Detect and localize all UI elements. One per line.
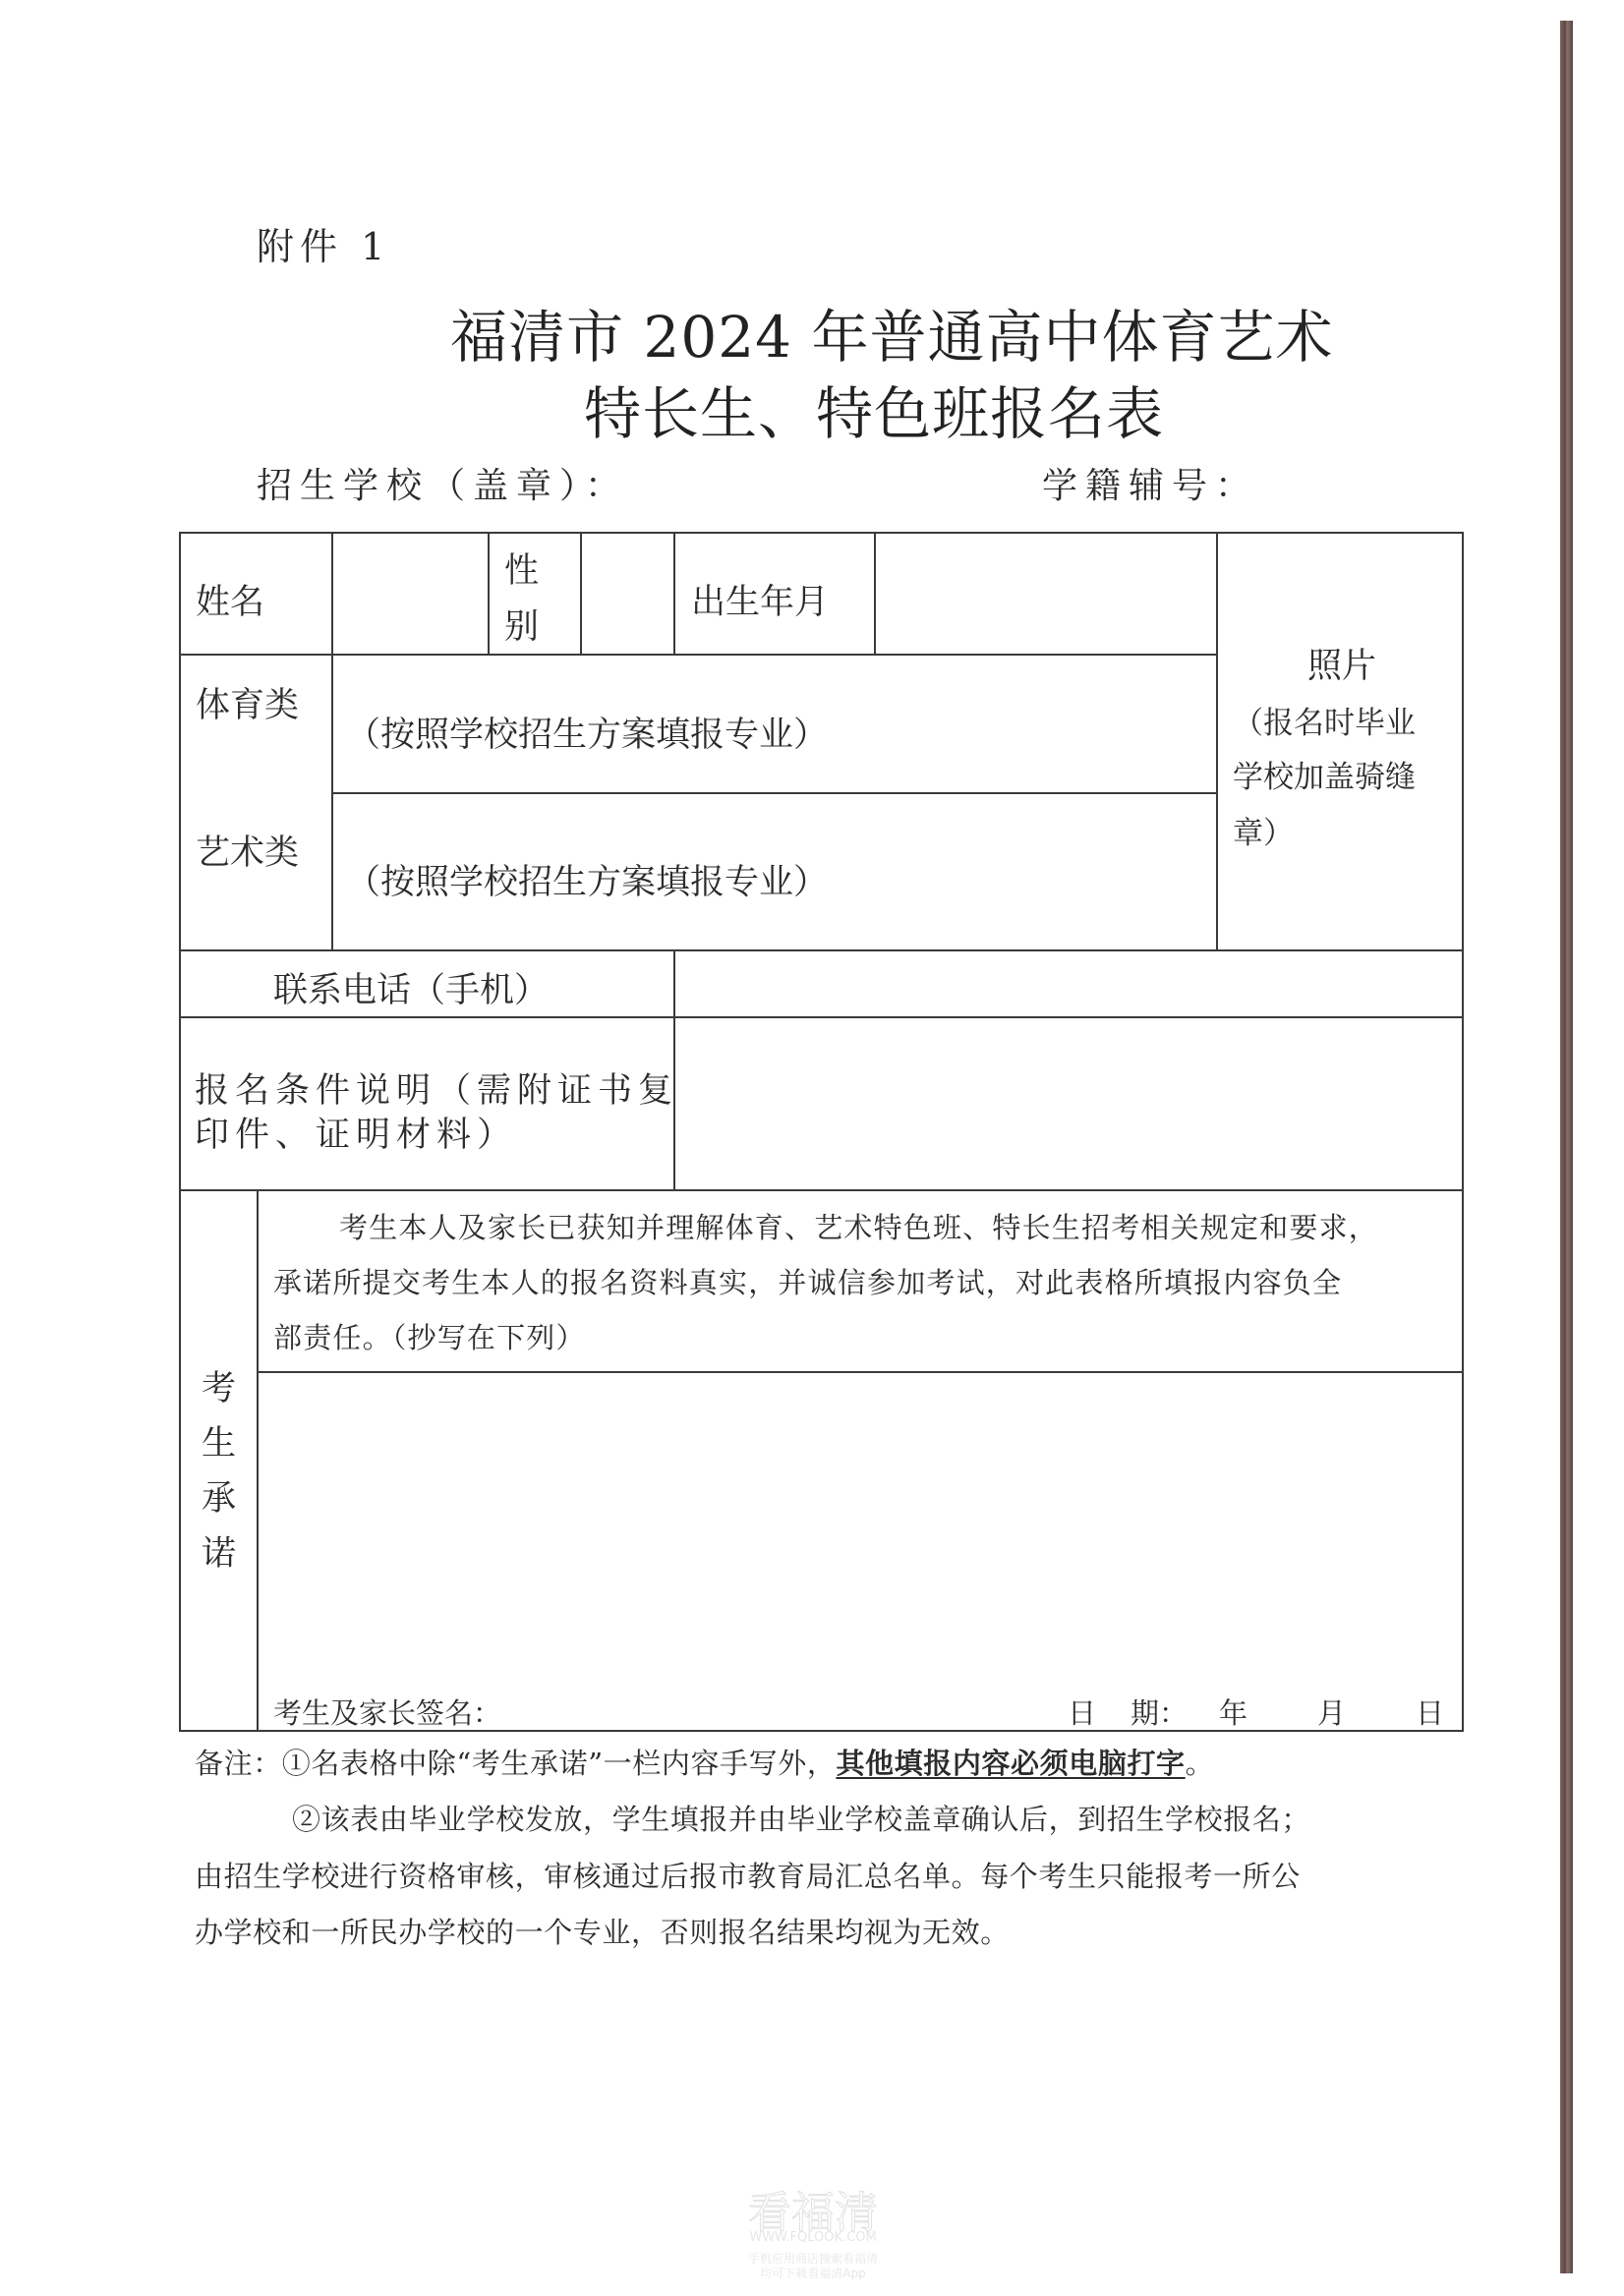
sports-major-field[interactable]: （按照学校招生方案填报专业） <box>346 708 828 757</box>
student-id-label: 学籍辅号： <box>1042 458 1258 508</box>
name-field[interactable] <box>334 535 487 653</box>
table-border-left <box>179 532 181 1732</box>
notes-line2: ②该表由毕业学校发放，学生填报并由毕业学校盖章确认后，到招生学校报名； <box>292 1798 1310 1838</box>
pledge-text-line2: 承诺所提交考生本人的报名资料真实，并诚信参加考试，对此表格所填报内容负全 <box>273 1255 1342 1310</box>
gender-label-bottom: 别 <box>504 600 539 649</box>
sports-label: 体育类 <box>196 678 299 727</box>
date-day-label: 日 <box>1416 1686 1444 1741</box>
row-divider-1 <box>179 654 1217 656</box>
watermark-line2: 均可下载看福清App <box>744 2265 882 2281</box>
arts-major-field[interactable]: （按照学校招生方案填报专业） <box>346 855 828 904</box>
conditions-field[interactable] <box>676 1019 1461 1188</box>
pledge-text-line3: 部责任。（抄写在下列） <box>273 1310 586 1365</box>
table-border-top <box>179 532 1464 534</box>
notes-line3: 由招生学校进行资格审核，审核通过后报市教育局汇总名单。每个考生只能报考一所公 <box>195 1855 1301 1895</box>
notes-line1-prefix: 备注：①名表格中除“考生承诺”一栏内容手写外， <box>195 1747 836 1780</box>
notes-line1-suffix: 。 <box>1186 1747 1215 1780</box>
date-year-label: 年 <box>1219 1686 1247 1741</box>
pledge-label-char-1: 考 <box>202 1361 236 1410</box>
phone-field[interactable] <box>676 952 1461 1015</box>
phone-label: 联系电话（手机） <box>273 963 549 1012</box>
col-divider-gender-left <box>488 532 490 654</box>
date-label-qi: 期： <box>1131 1686 1188 1741</box>
notes-emphasis: 其他填报内容必须电脑打字 <box>836 1747 1185 1780</box>
row-divider-3 <box>179 949 1464 951</box>
pledge-label-char-2: 生 <box>202 1416 236 1465</box>
birth-date-field[interactable] <box>877 535 1215 653</box>
pledge-label-char-3: 承 <box>202 1471 236 1521</box>
arts-label: 艺术类 <box>196 826 299 875</box>
date-label-ri: 日 <box>1068 1686 1096 1741</box>
watermark-url: WWW.FQLOOK.COM <box>744 2230 882 2245</box>
gender-field[interactable] <box>583 535 672 653</box>
birth-date-label: 出生年月 <box>691 575 829 624</box>
row-divider-2 <box>331 792 1217 794</box>
conditions-label-line2: 印件、证明材料） <box>195 1108 517 1157</box>
row-divider-pledge <box>257 1371 1464 1373</box>
pledge-label-char-4: 诺 <box>202 1526 236 1576</box>
col-divider-birth-left <box>673 532 675 654</box>
pledge-handwriting-area[interactable] <box>260 1374 1461 1679</box>
notes-line4: 办学校和一所民办学校的一个专业，否则报名结果均视为无效。 <box>195 1911 1010 1951</box>
col-divider-birth-right <box>874 532 876 654</box>
page-edge-bar <box>1560 21 1573 2273</box>
col-divider-label <box>331 532 333 949</box>
date-month-label: 月 <box>1317 1686 1346 1741</box>
row-divider-5 <box>179 1189 1464 1191</box>
col-divider-pledge <box>257 1189 259 1731</box>
name-label: 姓名 <box>196 575 264 624</box>
conditions-label-line1: 报名条件说明（需附证书复 <box>195 1063 678 1113</box>
photo-note-line3: 章） <box>1233 808 1294 852</box>
notes-line1: 备注：①名表格中除“考生承诺”一栏内容手写外，其他填报内容必须电脑打字。 <box>195 1742 1214 1782</box>
page-title-line1: 福清市 2024 年普通高中体育艺术 <box>450 291 1333 373</box>
gender-label-top: 性 <box>504 544 539 593</box>
photo-note-line2: 学校加盖骑缝 <box>1233 752 1416 796</box>
col-divider-photo <box>1216 532 1218 949</box>
photo-title: 照片 <box>1307 639 1376 688</box>
photo-note-line1: （报名时毕业 <box>1233 698 1416 742</box>
attachment-label: 附件 1 <box>257 216 390 270</box>
col-divider-gender-right <box>580 532 582 654</box>
school-stamp-label: 招生学校（盖章）： <box>257 458 628 508</box>
table-border-right <box>1462 532 1464 1732</box>
page-title-line2: 特长生、特色班报名表 <box>584 368 1164 450</box>
pledge-text-line1: 考生本人及家长已获知并理解体育、艺术特色班、特长生招考相关规定和要求， <box>339 1200 1378 1255</box>
signature-label: 考生及家长签名： <box>273 1686 501 1741</box>
row-divider-4 <box>179 1016 1464 1018</box>
